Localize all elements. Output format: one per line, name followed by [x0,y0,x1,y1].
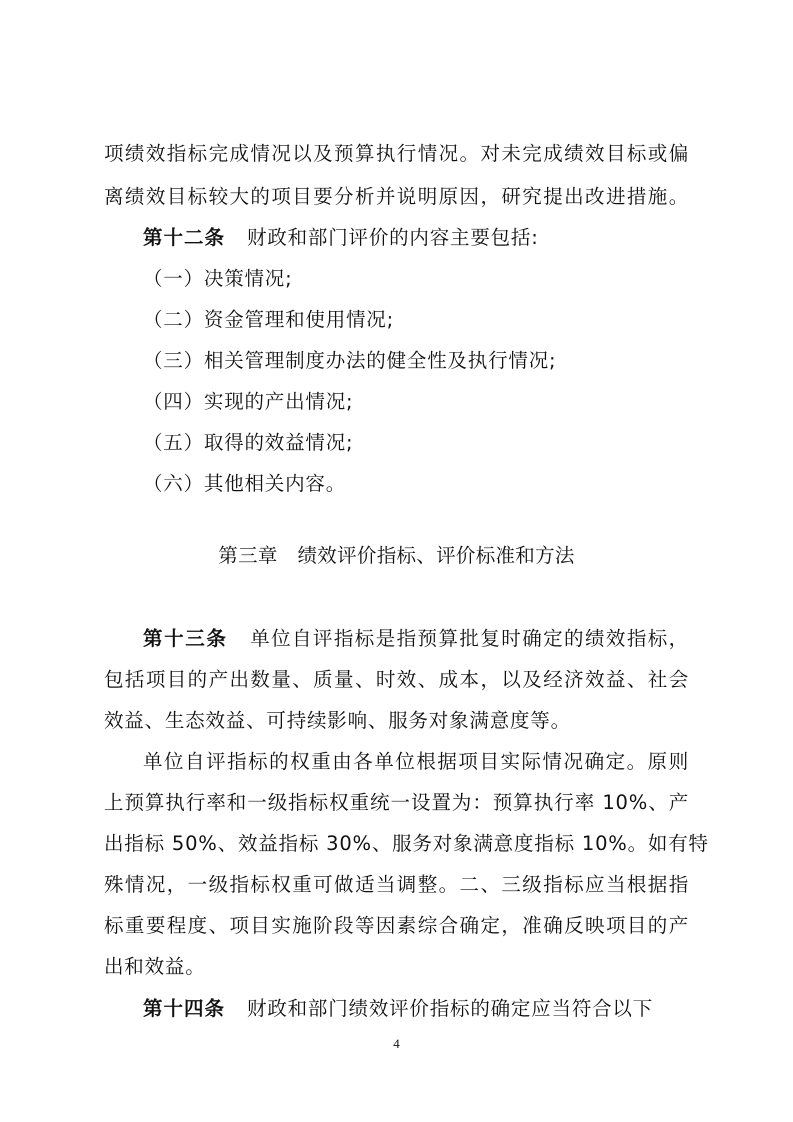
article-13: 第十三条单位自评指标是指预算批复时确定的绩效指标， [143,627,689,651]
paragraph-line: 效益、生态效益、可持续影响、服务对象满意度等。 [104,709,689,733]
article-13-title: 第十三条 [143,627,228,650]
document-page: 项绩效指标完成情况以及预算执行情况。对未完成绩效目标或偏 离绩效目标较大的项目要… [0,0,793,1122]
paragraph-line: 包括项目的产出数量、质量、时效、成本，以及经济效益、社会 [104,668,689,692]
article-13-text: 单位自评指标是指预算批复时确定的绩效指标， [250,627,689,650]
list-item: （六）其他相关内容。 [143,472,728,496]
article-14-text: 财政和部门绩效评价指标的确定应当符合以下 [247,997,653,1020]
list-item: （四）实现的产出情况; [143,390,728,414]
page-number: 4 [0,1036,793,1052]
article-14: 第十四条财政和部门绩效评价指标的确定应当符合以下 [143,997,689,1021]
paragraph-line: 离绩效目标较大的项目要分析并说明原因，研究提出改进措施。 [104,185,689,209]
paragraph-line: 上预算执行率和一级指标权重统一设置为：预算执行率 10%、产 [104,791,689,815]
paragraph-line: 殊情况，一级指标权重可做适当调整。二、三级指标应当根据指 [104,873,689,897]
paragraph-line: 出和效益。 [104,955,689,979]
article-12: 第十二条财政和部门评价的内容主要包括: [143,226,689,250]
article-12-title: 第十二条 [143,226,225,249]
paragraph-line: 标重要程度、项目实施阶段等因素综合确定，准确反映项目的产 [104,914,689,938]
article-12-text: 财政和部门评价的内容主要包括: [247,226,539,249]
chapter-heading: 第三章 绩效评价指标、评价标准和方法 [0,544,793,568]
list-item: （二）资金管理和使用情况; [143,308,728,332]
list-item: （五）取得的效益情况; [143,431,728,455]
paragraph-line: 出指标 50%、效益指标 30%、服务对象满意度指标 10%。如有特 [104,832,689,856]
list-item: （一）决策情况; [143,267,728,291]
list-item: （三）相关管理制度办法的健全性及执行情况; [143,349,728,373]
article-14-title: 第十四条 [143,997,225,1020]
paragraph-line: 项绩效指标完成情况以及预算执行情况。对未完成绩效目标或偏 [104,142,689,166]
paragraph-line: 单位自评指标的权重由各单位根据项目实际情况确定。原则 [143,750,689,774]
